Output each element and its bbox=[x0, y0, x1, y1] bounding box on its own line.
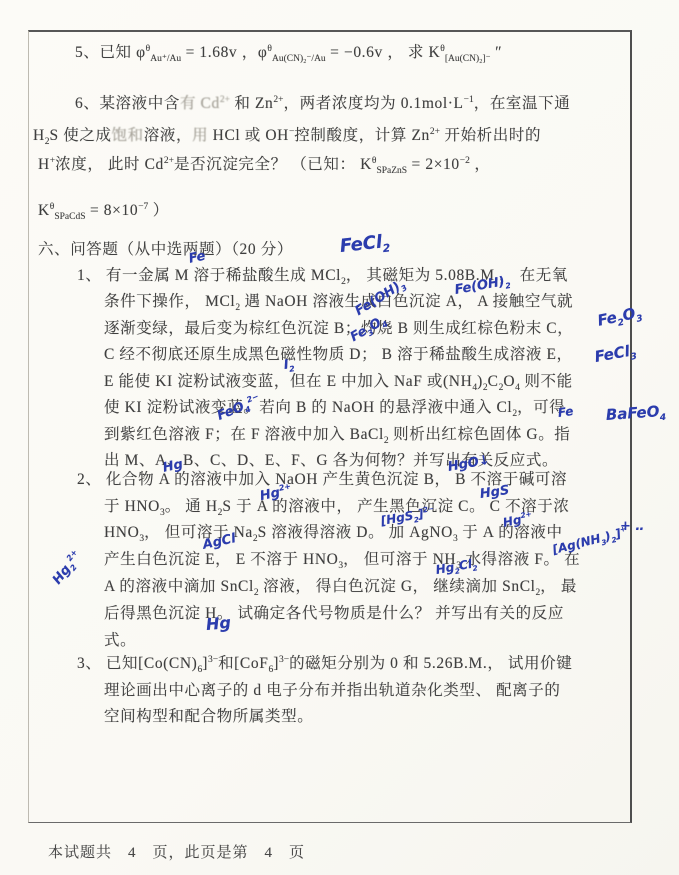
printed-line-q2-7: 式。 bbox=[104, 628, 136, 650]
printed-line-q3-2: 理论画出中心离子的 d 电子分布并指出轨道杂化类型、 配离子的 bbox=[104, 678, 560, 700]
printed-line-q6-4: KθSPaCdS = 8×10−7 ） bbox=[38, 198, 169, 222]
printed-line-q1-2: 条件下操作， MCl2 遇 NaOH 溶液生成白色沉淀 A， A 接触空气就 bbox=[104, 289, 573, 313]
footer-page-count: 本试题共 4 页，此页是第 4 页 bbox=[48, 841, 305, 862]
printed-line-q1-6: 使 KI 淀粉试液变蓝。若向 B 的 NaOH 的悬浮液中通入 Cl2，可得 bbox=[104, 395, 565, 419]
printed-line-q2-3: HNO3， 但可溶于 Na2S 溶液得溶液 D。 加 AgNO3 于 A 的溶液… bbox=[104, 520, 563, 544]
annotation-fe-g: Fe bbox=[557, 404, 574, 420]
printed-line-q2-5: A 的溶液中滴加 SnCl2 溶液， 得白色沉淀 G， 继续滴加 SnCl2， … bbox=[104, 574, 577, 598]
printed-line-q5: 5、已知 φθAu⁺/Au = 1.68v ，φθAu(CN)₂⁻/Au = −… bbox=[75, 40, 502, 64]
scanned-exam-page: 5、已知 φθAu⁺/Au = 1.68v ，φθAu(CN)₂⁻/Au = −… bbox=[0, 0, 679, 875]
annotation-bafeo4: BaFeO4 bbox=[605, 402, 666, 427]
printed-line-q2-4: 产生白色沉淀 E， E 不溶于 HNO3， 但可溶于 NH3 水得溶液 F。 在 bbox=[104, 547, 580, 571]
printed-line-q1-3: 逐渐变绿，最后变为棕红色沉淀 B；灼烧 B 则生成红棕色粉末 C， bbox=[104, 316, 573, 338]
printed-line-q1-5: E 能使 KI 淀粉试液变蓝，但在 E 中加入 NaF 或(NH4)2C2O4 … bbox=[104, 369, 573, 393]
printed-line-q2-6: 后得黑色沉淀 H。 试确定各代号物质是什么？ 并写出有关的反应 bbox=[104, 601, 564, 623]
printed-line-q3-3: 空间构型和配合物所属类型。 bbox=[104, 704, 313, 726]
printed-line-q6-2: H2S 使之成饱和溶液，用 HCl 或 OH−控制酸度，计算 Zn2+ 开始析出… bbox=[33, 123, 541, 147]
printed-line-q1-4: C 经不彻底还原生成黑色磁性物质 D； B 溶于稀盐酸生成溶液 E， bbox=[104, 342, 573, 364]
printed-line-section6: 六、问答题（从中选两题）（20 分） bbox=[38, 237, 293, 259]
printed-line-q3-1: 3、 已知[Co(CN)6]3−和[CoF6]3−的磁矩分别为 0 和 5.26… bbox=[77, 651, 572, 675]
printed-line-q6-3: H+浓度， 此时 Cd2+是否沉淀完全？ （已知： KθSPaZnS = 2×1… bbox=[38, 152, 490, 176]
annotation-i2: I2 bbox=[283, 357, 295, 375]
printed-line-q6-1: 6、某溶液中含有 Cd2+ 和 Zn2+，两者浓度均为 0.1mol·L−1，在… bbox=[75, 91, 570, 113]
printed-line-q1-7: 到紫红色溶液 F；在 F 溶液中加入 BaCl2 则析出红棕色固体 G。指 bbox=[104, 422, 570, 446]
annotation-plus-mark: + ‥ bbox=[620, 519, 644, 534]
annotation-hg-final: Hg bbox=[205, 613, 231, 634]
